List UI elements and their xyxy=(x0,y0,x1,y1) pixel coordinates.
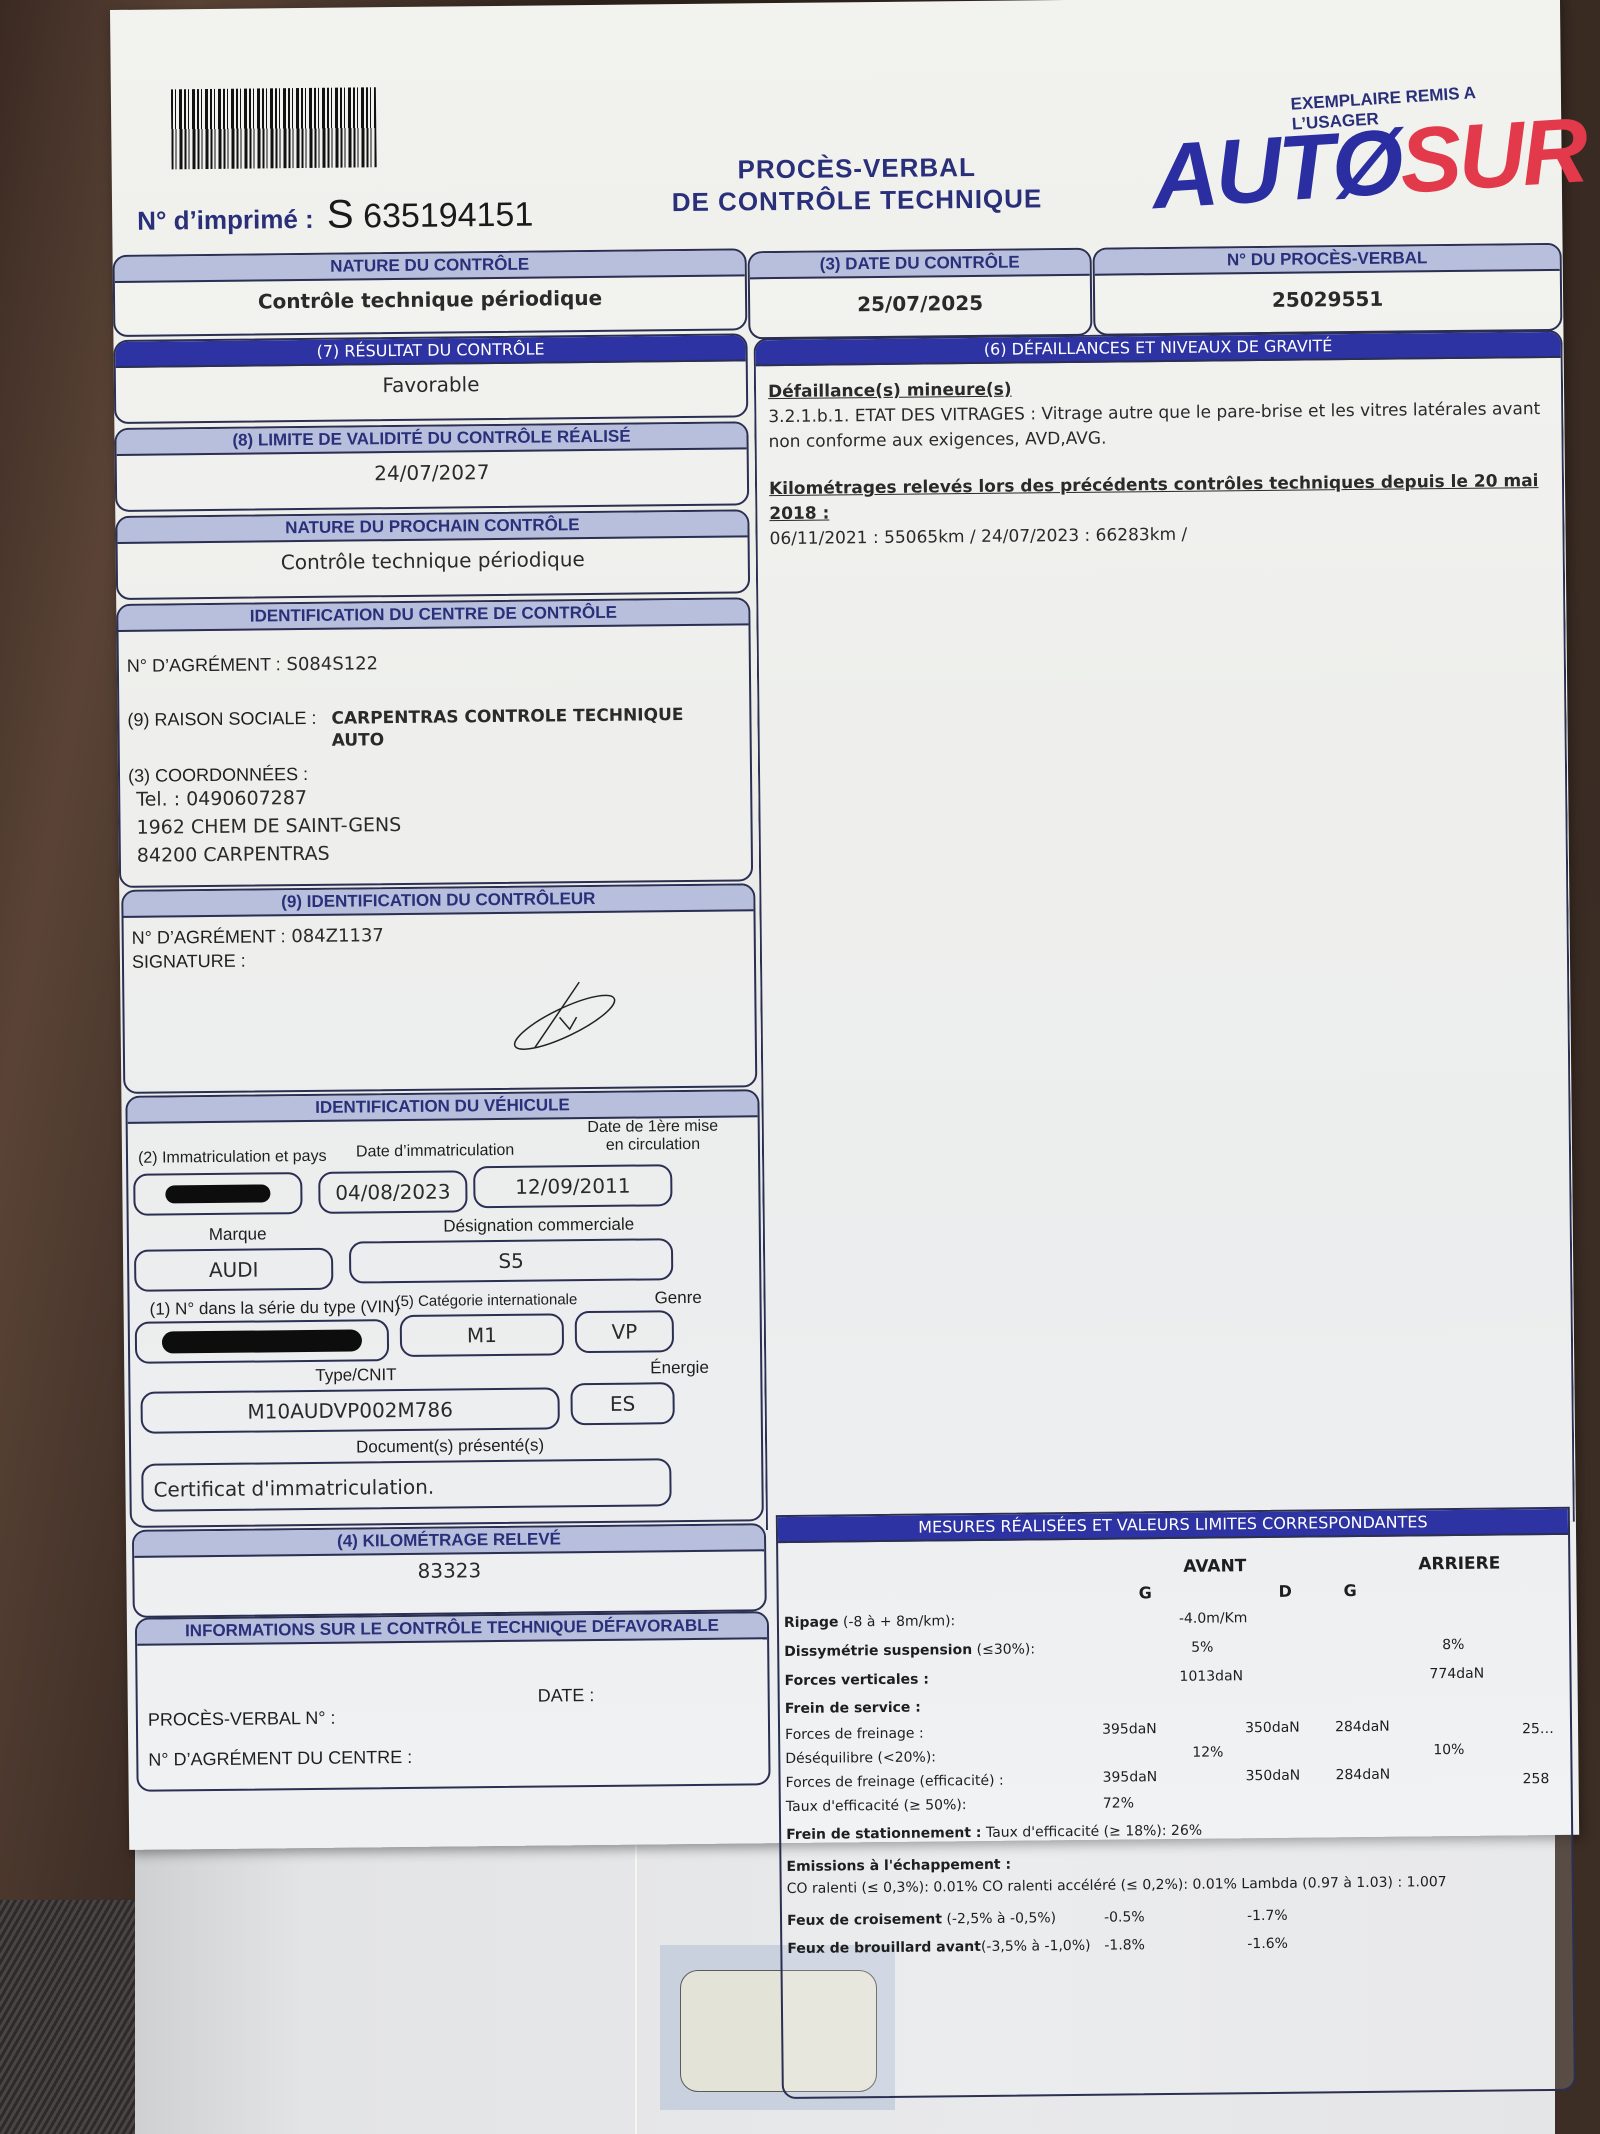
mesures-box: MESURES RÉALISÉES ET VALEURS LIMITES COR… xyxy=(776,1507,1576,2099)
feux-croisement-limit: (-2,5% à -0,5%) xyxy=(946,1910,1056,1927)
dissymetrie-label: Dissymétrie suspension xyxy=(784,1642,972,1660)
emissions-label: Emissions à l'échappement : xyxy=(786,1857,1011,1875)
feux-croisement-d: -1.7% xyxy=(1247,1908,1288,1924)
feux-brouillard-limit: (-3,5% à -1,0%) xyxy=(981,1938,1091,1955)
forces-efficacite-av-g: 395daN xyxy=(1102,1769,1157,1786)
date-immat-label: Date d’immatriculation xyxy=(356,1142,514,1162)
emissions-values: CO ralenti (≤ 0,3%): 0.01% CO ralenti ac… xyxy=(787,1874,1447,1897)
mesures-header: MESURES RÉALISÉES ET VALEURS LIMITES COR… xyxy=(778,1509,1568,1543)
centre-address-2: 84200 CARPENTRAS xyxy=(137,839,402,870)
energie-field: ES xyxy=(570,1382,674,1425)
forces-freinage-av-d: 350daN xyxy=(1245,1720,1300,1737)
redacted-vin xyxy=(162,1329,362,1353)
feux-croisement-label: Feux de croisement xyxy=(787,1911,942,1929)
pv-number-value: 25029551 xyxy=(1095,271,1560,314)
defaillances-header: (6) DÉFAILLANCES ET NIVEAUX DE GRAVITÉ xyxy=(755,332,1560,366)
immatriculation-label: (2) Immatriculation et pays xyxy=(138,1148,327,1168)
documents-label: Document(s) présenté(s) xyxy=(356,1436,544,1458)
controleur-agrement-label: N° D’AGRÉMENT : xyxy=(132,926,286,948)
coordonnees-label: (3) COORDONNÉES : xyxy=(128,764,308,786)
nature-controle-value: Contrôle technique périodique xyxy=(115,276,745,315)
raison-sociale-label: (9) RAISON SOCIALE : xyxy=(127,708,316,730)
controleur-header: (9) IDENTIFICATION DU CONTRÔLEUR xyxy=(123,885,753,918)
defavorable-pv-label: PROCÈS-VERBAL N° : xyxy=(148,1708,336,1731)
energie-label: Énergie xyxy=(650,1358,709,1379)
vin-field xyxy=(135,1319,389,1364)
defavorable-date-label: DATE : xyxy=(538,1685,595,1707)
centre-agrement-label: N° D’AGRÉMENT : xyxy=(127,654,281,676)
logo-sur: SUR xyxy=(1397,99,1588,212)
marque-field: AUDI xyxy=(134,1248,333,1292)
forces-efficacite-ar-d: 258 xyxy=(1523,1771,1550,1787)
prochain-controle-box: NATURE DU PROCHAIN CONTRÔLE Contrôle tec… xyxy=(115,509,750,600)
vin-label: (1) N° dans la série du type (VIN) xyxy=(150,1297,401,1320)
print-number-value: 635194151 xyxy=(363,196,534,236)
designation-label: Désignation commerciale xyxy=(399,1214,679,1237)
resultat-box: (7) RÉSULTAT DU CONTRÔLE Favorable xyxy=(113,333,748,424)
immatriculation-field xyxy=(133,1172,302,1216)
date-controle-box: (3) DATE DU CONTRÔLE 25/07/2025 xyxy=(748,248,1093,340)
feux-brouillard-label: Feux de brouillard avant xyxy=(787,1939,981,1957)
feux-croisement-g: -0.5% xyxy=(1104,1909,1145,1925)
print-number: N° d’imprimé : S 635194151 xyxy=(137,191,534,240)
validite-box: (8) LIMITE DE VALIDITÉ DU CONTRÔLE RÉALI… xyxy=(114,421,749,512)
date-mise-label-2: en circulation xyxy=(558,1135,748,1155)
col-arriere-g: G xyxy=(1344,1581,1357,1600)
forces-verticales-label: Forces verticales : xyxy=(784,1672,929,1690)
type-cnit-label: Type/CNIT xyxy=(315,1365,396,1386)
date-mise-field: 12/09/2011 xyxy=(473,1164,672,1208)
genre-field: VP xyxy=(575,1310,674,1353)
desequilibre-label: Déséquilibre (<20%): xyxy=(785,1749,936,1767)
centre-address-1: 1962 CHEM DE SAINT-GENS xyxy=(136,811,401,842)
marque-label: Marque xyxy=(209,1224,267,1245)
document-title: PROCÈS-VERBAL DE CONTRÔLE TECHNIQUE xyxy=(652,150,1063,218)
frein-service-label: Frein de service : xyxy=(785,1700,921,1717)
feux-brouillard-g: -1.8% xyxy=(1104,1937,1145,1953)
defavorable-box: INFORMATIONS SUR LE CONTRÔLE TECHNIQUE D… xyxy=(135,1611,771,1792)
nature-controle-box: NATURE DU CONTRÔLE Contrôle technique pé… xyxy=(113,248,748,337)
categorie-field: M1 xyxy=(400,1313,564,1357)
forces-efficacite-av-d: 350daN xyxy=(1245,1768,1300,1785)
raison-sociale-value-1: CARPENTRAS CONTROLE TECHNIQUE xyxy=(331,704,683,730)
centre-agrement-value: S084S122 xyxy=(286,653,378,675)
col-avant-g: G xyxy=(1139,1583,1152,1602)
ripage-limit: (-8 à + 8m/km): xyxy=(843,1613,955,1630)
vehicule-box: IDENTIFICATION DU VÉHICULE (2) Immatricu… xyxy=(125,1089,763,1528)
col-arriere: ARRIERE xyxy=(1418,1554,1500,1575)
defavorable-agrement-label: N° D’AGRÉMENT DU CENTRE : xyxy=(148,1747,412,1771)
designation-field: S5 xyxy=(349,1238,673,1283)
centre-phone: Tel. : 0490607287 xyxy=(136,783,401,814)
forces-freinage-av-g: 395daN xyxy=(1102,1721,1157,1738)
date-mise-label-1: Date de 1ère mise xyxy=(558,1117,748,1137)
barcode xyxy=(171,87,377,169)
pv-number-box: N° DU PROCÈS-VERBAL 25029551 xyxy=(1093,243,1563,336)
desequilibre-arriere: 10% xyxy=(1433,1742,1464,1758)
frein-stationnement-label: Frein de stationnement : xyxy=(786,1825,981,1843)
controleur-box: (9) IDENTIFICATION DU CONTRÔLEUR N° D’AG… xyxy=(121,883,757,1094)
centre-box: IDENTIFICATION DU CENTRE DE CONTRÔLE N° … xyxy=(116,597,753,888)
col-avant: AVANT xyxy=(1183,1556,1246,1577)
km-history-title: Kilométrages relevés lors des précédents… xyxy=(769,469,1544,527)
dissymetrie-limit: (≤30%): xyxy=(976,1641,1035,1658)
date-controle-value: 25/07/2025 xyxy=(750,276,1090,318)
defavorable-header: INFORMATIONS SUR LE CONTRÔLE TECHNIQUE D… xyxy=(137,1613,767,1646)
date-immat-field: 04/08/2023 xyxy=(318,1170,467,1214)
forces-freinage-label: Forces de freinage : xyxy=(785,1726,924,1743)
controleur-agrement-value: 084Z1137 xyxy=(291,925,384,947)
dissymetrie-arriere: 8% xyxy=(1442,1637,1464,1653)
forces-efficacite-ar-g: 284daN xyxy=(1335,1767,1390,1784)
feux-brouillard-d: -1.6% xyxy=(1247,1936,1288,1952)
ripage-value: -4.0m/Km xyxy=(1179,1610,1248,1627)
validite-value: 24/07/2027 xyxy=(117,449,747,488)
type-cnit-field: M10AUDVP002M786 xyxy=(140,1387,559,1433)
centre-header: IDENTIFICATION DU CENTRE DE CONTRÔLE xyxy=(118,599,748,632)
taux-efficacite-label: Taux d'efficacité (≥ 50%): xyxy=(786,1797,967,1815)
forces-freinage-ar-g: 284daN xyxy=(1335,1719,1390,1736)
minor-failure-item: 3.2.1.b.1. ETAT DES VITRAGES : Vitrage a… xyxy=(768,397,1543,455)
logo-auto: AUTØ xyxy=(1149,111,1404,228)
title-line-2: DE CONTRÔLE TECHNIQUE xyxy=(652,182,1062,218)
documents-field: Certificat d'immatriculation. xyxy=(141,1458,671,1512)
signature-icon xyxy=(504,977,625,1058)
kilometrage-value: 83323 xyxy=(134,1551,764,1586)
forces-freinage-ar-d: 25… xyxy=(1522,1721,1554,1737)
forces-verticales-avant: 1013daN xyxy=(1179,1668,1243,1685)
print-number-label: N° d’imprimé : xyxy=(137,204,314,236)
signature-label: SIGNATURE : xyxy=(132,951,246,972)
title-line-1: PROCÈS-VERBAL xyxy=(652,150,1062,186)
ripage-label: Ripage xyxy=(784,1614,839,1631)
defaillances-box: (6) DÉFAILLANCES ET NIVEAUX DE GRAVITÉ D… xyxy=(753,330,1574,1530)
resultat-value: Favorable xyxy=(116,361,746,400)
forces-efficacite-label: Forces de freinage (efficacité) : xyxy=(786,1773,1004,1791)
redacted-plate xyxy=(165,1184,270,1203)
inspection-report: N° d’imprimé : S 635194151 PROCÈS-VERBAL… xyxy=(110,0,1579,1850)
taux-efficacite-value: 72% xyxy=(1103,1795,1134,1811)
forces-verticales-arriere: 774daN xyxy=(1429,1666,1484,1683)
col-avant-d: D xyxy=(1279,1582,1292,1601)
desequilibre-avant: 12% xyxy=(1192,1744,1223,1760)
print-number-prefix: S xyxy=(327,192,354,236)
dissymetrie-avant: 5% xyxy=(1191,1640,1213,1656)
frein-stationnement-value: Taux d'efficacité (≥ 18%): 26% xyxy=(986,1823,1202,1841)
autosur-logo: AUTØSUR xyxy=(1149,98,1589,230)
date-controle-header: (3) DATE DU CONTRÔLE xyxy=(750,250,1090,280)
prochain-controle-value: Contrôle technique périodique xyxy=(118,537,748,576)
kilometrage-box: (4) KILOMÉTRAGE RELEVÉ 83323 xyxy=(132,1523,767,1618)
categorie-label: (5) Catégorie internationale xyxy=(395,1291,577,1310)
raison-sociale-value-2: AUTO xyxy=(332,726,684,752)
genre-label: Genre xyxy=(654,1288,701,1308)
